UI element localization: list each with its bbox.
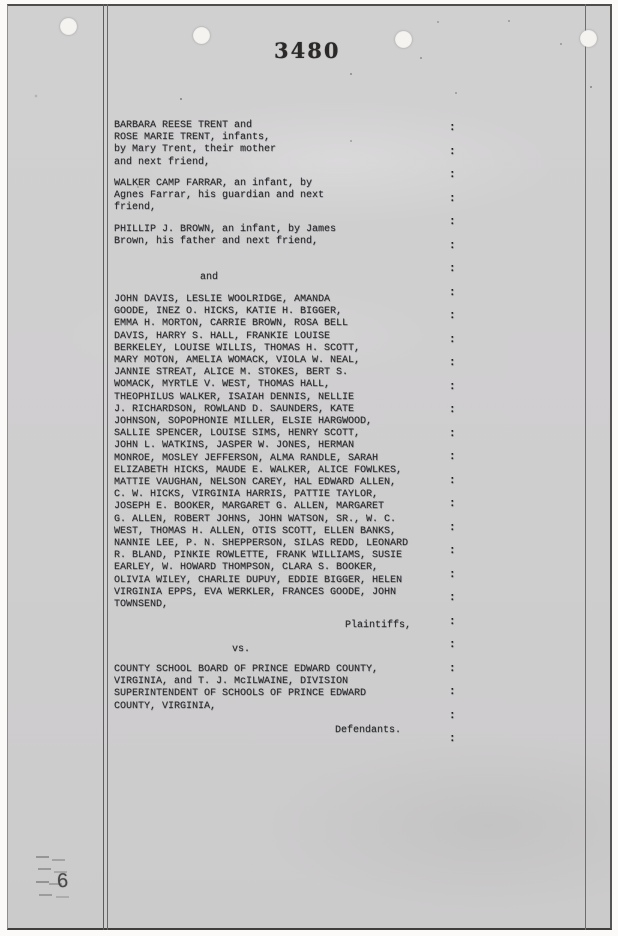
caption-colon: : [449, 639, 456, 651]
text-line: SUPERINTENDENT OF SCHOOLS OF PRINCE EDWA… [114, 688, 378, 700]
bottom-left-number-mark: 6 [57, 870, 69, 893]
plaintiffs-label: Plaintiffs, [345, 620, 411, 632]
text-line: OLIVIA WILEY, CHARLIE DUPUY, EDDIE BIGGE… [114, 575, 408, 587]
text-line: WEST, THOMAS H. ALLEN, OTIS SCOTT, ELLEN… [114, 526, 408, 538]
conjunction-and: and [200, 272, 218, 284]
plaintiff-block-farrar: WALKER CAMP FARRAR, an infant, byAgnes F… [114, 178, 324, 215]
text-line: MARY MOTON, AMELIA WOMACK, VIOLA W. NEAL… [114, 355, 408, 367]
caption-colon: : [449, 710, 456, 722]
text-line: ROSE MARIE TRENT, infants, [114, 132, 276, 144]
defendant-block: COUNTY SCHOOL BOARD OF PRINCE EDWARD COU… [114, 664, 378, 713]
caption-colon: : [449, 193, 456, 205]
page-number: 3480 [274, 38, 340, 63]
plaintiff-block-trent: BARBARA REESE TRENT andROSE MARIE TRENT,… [114, 120, 276, 169]
text-line: TOWNSEND, [114, 599, 408, 611]
text-line: SALLIE SPENCER, LOUISE SIMS, HENRY SCOTT… [114, 428, 408, 440]
caption-colon: : [449, 310, 456, 322]
text-line: EARLEY, W. HOWARD THOMPSON, CLARA S. BOO… [114, 562, 408, 574]
text-line: NANNIE LEE, P. N. SHEPPERSON, SILAS REDD… [114, 538, 408, 550]
caption-colon: : [449, 663, 456, 675]
caption-colon: : [449, 569, 456, 581]
caption-colon: : [449, 451, 456, 463]
text-line: JOHN DAVIS, LESLIE WOOLRIDGE, AMANDA [114, 294, 408, 306]
text-line: MATTIE VAUGHAN, NELSON CAREY, HAL EDWARD… [114, 477, 408, 489]
text-line: by Mary Trent, their mother [114, 144, 276, 156]
text-line: ELIZABETH HICKS, MAUDE E. WALKER, ALICE … [114, 465, 408, 477]
text-line: EMMA H. MORTON, CARRIE BROWN, ROSA BELL [114, 318, 408, 330]
text-line: WOMACK, MYRTLE V. WEST, THOMAS HALL, [114, 379, 408, 391]
caption-colon: : [449, 122, 456, 134]
adult-plaintiff-list: JOHN DAVIS, LESLIE WOOLRIDGE, AMANDAGOOD… [114, 294, 408, 611]
text-line: JOHN L. WATKINS, JASPER W. JONES, HERMAN [114, 440, 408, 452]
caption-colon: : [449, 169, 456, 181]
versus-label: vs. [232, 644, 250, 656]
punch-hole [193, 27, 210, 44]
text-line: JOSEPH E. BOOKER, MARGARET G. ALLEN, MAR… [114, 501, 408, 513]
pencil-marks [36, 856, 49, 858]
text-line: THEOPHILUS WALKER, ISAIAH DENNIS, NELLIE [114, 392, 408, 404]
caption-colon: : [449, 146, 456, 158]
caption-colon: : [449, 545, 456, 557]
text-line: and next friend, [114, 157, 276, 169]
text-line: WALKER CAMP FARRAR, an infant, by [114, 178, 324, 190]
text-line: Brown, his father and next friend, [114, 236, 336, 248]
caption-colon: : [449, 357, 456, 369]
caption-colon: : [449, 428, 456, 440]
text-line: BERKELEY, LOUISE WILLIS, THOMAS H. SCOTT… [114, 343, 408, 355]
caption-colon: : [449, 522, 456, 534]
caption-colon: : [449, 287, 456, 299]
text-line: VIRGINIA, and T. J. McILWAINE, DIVISION [114, 676, 378, 688]
text-line: PHILLIP J. BROWN, an infant, by James [114, 224, 336, 236]
caption-colon: : [449, 334, 456, 346]
text-line: JANNIE STREAT, ALICE M. STOKES, BERT S. [114, 367, 408, 379]
text-line: MONROE, MOSLEY JEFFERSON, ALMA RANDLE, S… [114, 453, 408, 465]
caption-colon: : [449, 475, 456, 487]
text-line: JOHNSON, SOPOPHONIE MILLER, ELSIE HARGWO… [114, 416, 408, 428]
text-line: R. BLAND, PINKIE ROWLETTE, FRANK WILLIAM… [114, 550, 408, 562]
caption-colon: : [449, 592, 456, 604]
caption-colon: : [449, 240, 456, 252]
text-line: GOODE, INEZ O. HICKS, KATIE H. BIGGER, [114, 306, 408, 318]
caption-colon: : [449, 263, 456, 275]
left-margin-rule [103, 4, 108, 930]
punch-hole [60, 18, 77, 35]
caption-colon: : [449, 498, 456, 510]
text-line: VIRGINIA EPPS, EVA WERKLER, FRANCES GOOD… [114, 587, 408, 599]
defendants-label: Defendants. [335, 725, 401, 737]
text-line: Agnes Farrar, his guardian and next [114, 190, 324, 202]
caption-colon: : [449, 733, 456, 745]
plaintiff-block-brown: PHILLIP J. BROWN, an infant, by JamesBro… [114, 224, 336, 248]
caption-colon: : [449, 686, 456, 698]
text-line: J. RICHARDSON, ROWLAND D. SAUNDERS, KATE [114, 404, 408, 416]
text-line: G. ALLEN, ROBERT JOHNS, JOHN WATSON, SR.… [114, 514, 408, 526]
caption-colon: : [449, 381, 456, 393]
punch-hole [580, 30, 597, 47]
text-line: friend, [114, 202, 324, 214]
punch-hole [395, 31, 412, 48]
caption-colon: : [449, 616, 456, 628]
caption-colon: : [449, 216, 456, 228]
text-line: BARBARA REESE TRENT and [114, 120, 276, 132]
text-line: COUNTY SCHOOL BOARD OF PRINCE EDWARD COU… [114, 664, 378, 676]
text-line: DAVIS, HARRY S. HALL, FRANKIE LOUISE [114, 331, 408, 343]
scan-specks [180, 98, 182, 100]
caption-colon: : [449, 404, 456, 416]
text-line: COUNTY, VIRGINIA, [114, 701, 378, 713]
scanned-court-document: 3480 BARBARA REESE TRENT andROSE MARIE T… [0, 0, 618, 936]
right-margin-rule [585, 4, 586, 930]
text-line: C. W. HICKS, VIRGINIA HARRIS, PATTIE TAY… [114, 489, 408, 501]
